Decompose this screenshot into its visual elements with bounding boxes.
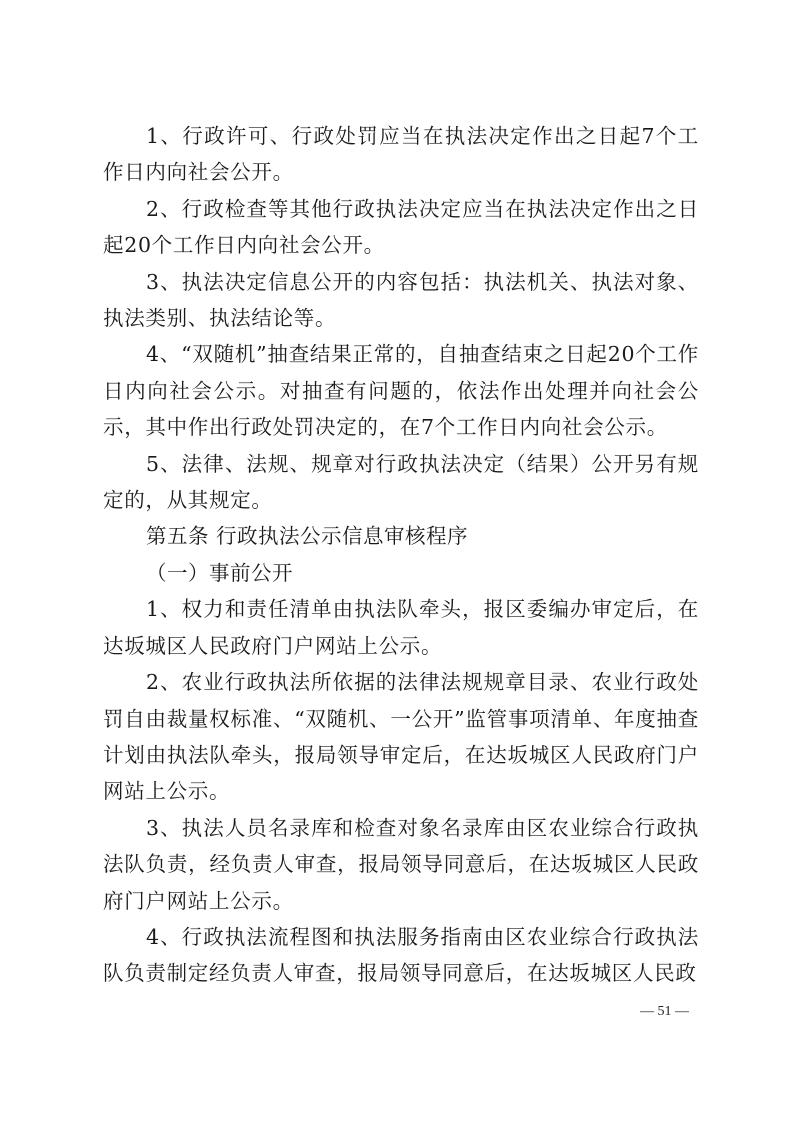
paragraph-item-pre-3: 3、执法人员名录库和检查对象名录库由区农业综合行政执法队负责，经负责人审查，报局… [103,810,699,919]
subsection-heading-pre-disclosure: （一）事前公开 [103,555,699,591]
paragraph-item-5: 5、法律、法规、规章对行政执法决定（结果）公开另有规定的，从其规定。 [103,446,699,519]
section-heading-article-5: 第五条 行政执法公示信息审核程序 [103,518,699,554]
paragraph-item-2: 2、行政检查等其他行政执法决定应当在执法决定作出之日起20个工作日内向社会公开。 [103,191,699,264]
paragraph-item-pre-4: 4、行政执法流程图和执法服务指南由区农业综合行政执法队负责制定经负责人审查，报局… [103,919,699,992]
page-number: — 51 — [640,1004,689,1020]
document-body: 1、行政许可、行政处罚应当在执法决定作出之日起7个工作日内向社会公开。 2、行政… [103,118,699,992]
paragraph-item-pre-1: 1、权力和责任清单由执法队牵头，报区委编办审定后，在达坂城区人民政府门户网站上公… [103,591,699,664]
paragraph-item-4: 4、“双随机”抽查结果正常的，自抽查结束之日起20个工作日内向社会公示。对抽查有… [103,336,699,445]
paragraph-item-3: 3、执法决定信息公开的内容包括：执法机关、执法对象、执法类别、执法结论等。 [103,264,699,337]
paragraph-item-pre-2: 2、农业行政执法所依据的法律法规规章目录、农业行政处罚自由裁量权标准、“双随机、… [103,664,699,810]
paragraph-item-1: 1、行政许可、行政处罚应当在执法决定作出之日起7个工作日内向社会公开。 [103,118,699,191]
